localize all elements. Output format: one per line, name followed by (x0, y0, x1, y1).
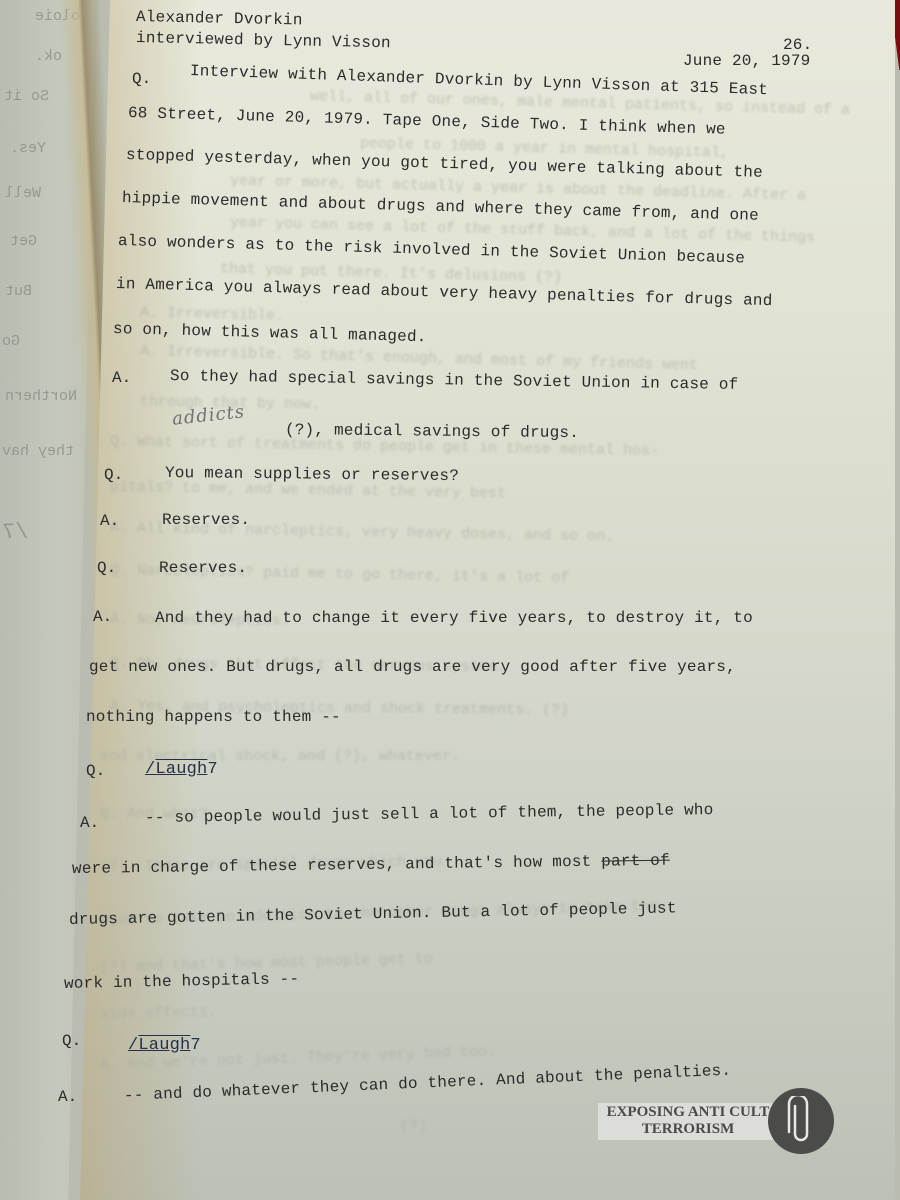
transcript-line: get new ones. But drugs, all drugs are v… (89, 658, 736, 676)
speaker-label: Q. (62, 1032, 81, 1050)
speaker-label: Q. (97, 559, 116, 577)
previous-page-text: Yes. (10, 140, 46, 157)
previous-page-bracket: /7 (2, 520, 28, 545)
previous-page-text: So it (4, 88, 49, 105)
speaker-label: A. (93, 608, 112, 626)
watermark-line-1: EXPOSING ANTI CULT (598, 1104, 778, 1121)
previous-page-text: Well (5, 185, 41, 202)
speaker-label: Q. (86, 762, 105, 780)
laugh-annotation: /Laugh7 (145, 760, 218, 779)
speaker-label: A. (58, 1088, 77, 1106)
laugh-text: Laugh (155, 760, 207, 779)
transcript-line: Reserves. (159, 559, 247, 577)
transcript-line: Reserves. (162, 511, 250, 529)
transcript-line: (?), medical savings of drugs. (285, 421, 579, 442)
previous-page-text: Northern (5, 388, 77, 405)
paperclip-icon (784, 1096, 818, 1146)
previous-page-text: Go (2, 333, 20, 350)
bracket-left: / (145, 760, 155, 779)
transcript-line: You mean supplies or reserves? (165, 464, 459, 485)
interview-date: June 20, 1979 (683, 52, 810, 70)
laugh-annotation: /Laugh7 (128, 1036, 201, 1055)
previous-page-text: But (5, 283, 32, 300)
bracket-right: 7 (207, 760, 217, 779)
watermark-label: EXPOSING ANTI CULT TERRORISM (598, 1103, 778, 1140)
previous-page-text: ok. (35, 48, 62, 65)
transcript-line: nothing happens to them -- (86, 708, 341, 726)
bracket-right: 7 (190, 1036, 200, 1055)
speaker-label: Q. (132, 70, 151, 88)
speaker-label: A. (80, 814, 99, 832)
previous-page-text: they hav (2, 443, 74, 460)
watermark-badge (768, 1088, 834, 1154)
previous-page-text: Get (10, 233, 37, 250)
header-subject: Alexander Dvorkin (136, 8, 303, 29)
bracket-left: / (128, 1036, 138, 1055)
watermark-line-2: TERRORISM (598, 1121, 778, 1138)
laugh-text: Laugh (138, 1036, 190, 1055)
speaker-label: A. (100, 512, 119, 530)
reverse-side-bleed: (?) (400, 1118, 427, 1135)
reverse-side-bleed: side effects. (100, 1003, 217, 1023)
transcript-line: And they had to change it every five yea… (155, 609, 753, 627)
speaker-label: A. (112, 369, 131, 387)
speaker-label: Q. (104, 466, 123, 484)
struck-text: part of (601, 852, 670, 871)
